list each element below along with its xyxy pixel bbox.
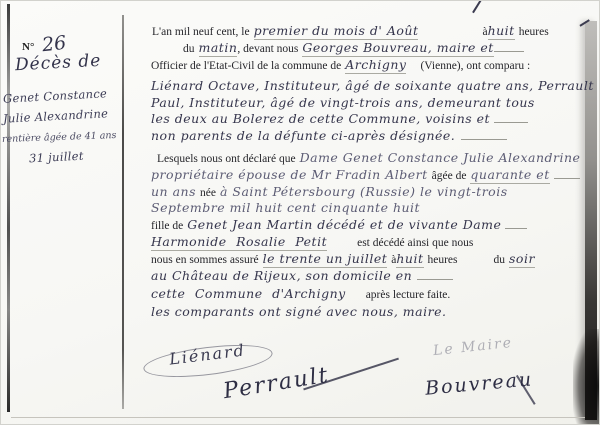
blank-fill-line (494, 113, 528, 123)
body-line-4: Liénard Octave, Instituteur, âgé de soix… (151, 78, 593, 93)
body-line-15: au Château de Rijeux, son domicile en (151, 268, 593, 283)
handwritten-entry: quarante et (470, 167, 549, 184)
body-line-3: Officier de l'Etat-Civil de la commune d… (151, 57, 593, 74)
margin-name-line1: Genet Constance (3, 86, 108, 105)
margin-separator-rule (122, 15, 124, 409)
act-number-row: N° 26 (22, 33, 67, 55)
handwritten-entry: Genet Jean Martin décédé et de vivante D… (187, 217, 501, 232)
form-text: nous en sommes assuré (151, 254, 259, 266)
form-text: heures (428, 254, 458, 266)
body-line-13: Harmonide Rosalie Petitest décédé ainsi … (151, 234, 593, 251)
page-bottom-edge (11, 417, 585, 418)
handwritten-entry: propriétaire épouse de Mr Fradin Albert (151, 167, 428, 182)
margin-date: 31 juillet (29, 149, 84, 166)
register-page-scan: N° 26 Décès de Genet Constance Julie Ale… (0, 0, 600, 425)
form-text: à (482, 26, 487, 38)
body-line-1: L'an mil neuf cent, le premier du mois d… (152, 23, 594, 40)
body-line-5: Paul, Instituteur, âgé de vingt-trois an… (151, 95, 593, 110)
handwritten-entry: Georges Bouvreau, maire et (302, 40, 493, 57)
handwritten-entry: à Saint Pétersbourg (Russie) le vingt-tr… (220, 184, 508, 199)
body-line-12: fille de Genet Jean Martin décédé et de … (151, 217, 593, 234)
margin-detail: rentière âgée de 41 ans (2, 130, 117, 145)
body-line-2: du matin, devant nous Georges Bouvreau, … (149, 40, 591, 57)
form-text: heures (519, 26, 549, 38)
body-line-16: cette Commune d'Archignyaprès lecture fa… (151, 286, 593, 303)
form-text: est décédé ainsi que nous (357, 237, 473, 249)
form-text: après lecture faite. (366, 289, 451, 301)
pen-caret-mark (472, 0, 482, 13)
handwritten-entry: les comparants ont signé avec nous, mair… (151, 304, 446, 319)
ink-blot-corner (573, 329, 599, 424)
form-text: L'an mil neuf cent, le (152, 26, 250, 38)
blank-fill-line (494, 42, 524, 52)
book-binding-edge (7, 4, 10, 412)
handwritten-entry: huit (396, 251, 423, 268)
form-text: (Vienne), ont comparu : (420, 60, 530, 72)
handwritten-entry: matin (199, 40, 238, 57)
form-text: née (200, 187, 216, 199)
act-number-label: N° (22, 41, 34, 53)
handwritten-entry: Liénard Octave, Instituteur, âgé de soix… (151, 78, 594, 93)
form-text: Officier de l'Etat-Civil de la commune d… (151, 60, 341, 72)
faint-mayor-note: Le Maire (432, 335, 513, 359)
margin-title: Décès de (15, 51, 102, 75)
handwritten-entry: premier du mois d' Août (254, 23, 419, 40)
handwritten-entry: un ans (151, 184, 196, 199)
body-line-10: un ans née à Saint Pétersbourg (Russie) … (151, 184, 593, 201)
body-line-7: non parents de la défunte ci-après désig… (151, 128, 593, 143)
form-text: âgée de (432, 170, 467, 182)
form-text: du (183, 43, 195, 55)
handwritten-entry: cette Commune d'Archigny (151, 286, 346, 301)
signature-mayor-bouvreau: Bouvreau (424, 368, 534, 399)
body-line-17: les comparants ont signé avec nous, mair… (151, 304, 593, 319)
handwritten-entry: le trente un juillet (263, 251, 388, 268)
body-line-6: les deux au Bolerez de cette Commune, vo… (151, 111, 593, 126)
form-text: , devant nous (237, 43, 298, 55)
handwritten-entry: soir (509, 251, 535, 268)
body-line-11: Septembre mil huit cent cinquante huit (151, 200, 593, 215)
form-text: fille de (151, 220, 183, 232)
handwritten-entry: huit (488, 23, 515, 40)
form-text: Lesquels nous ont déclaré que (157, 153, 296, 165)
blank-fill-line (505, 219, 527, 229)
body-line-9: propriétaire épouse de Mr Fradin Albert … (151, 167, 593, 184)
blank-fill-line (417, 270, 453, 280)
body-line-8: Lesquels nous ont déclaré que Dame Genet… (149, 150, 591, 167)
body-line-14: nous en sommes assuré le trente un juill… (151, 251, 593, 268)
handwritten-entry: Paul, Instituteur, âgé de vingt-trois an… (151, 95, 535, 110)
handwritten-entry: au Château de Rijeux, son domicile en (151, 268, 412, 283)
margin-name-line2: Julie Alexandrine (3, 106, 109, 125)
form-text: du (494, 254, 506, 266)
handwritten-entry: les deux au Bolerez de cette Commune, vo… (151, 111, 490, 126)
blank-fill-line (461, 130, 507, 140)
handwritten-entry: Dame Genet Constance Julie Alexandrine (300, 150, 581, 165)
blank-fill-line (554, 169, 580, 179)
handwritten-entry: Archigny (345, 57, 406, 74)
handwritten-entry: non parents de la défunte ci-après désig… (151, 128, 455, 143)
handwritten-entry: Septembre mil huit cent cinquante huit (151, 200, 420, 215)
handwritten-entry: Harmonide Rosalie Petit (151, 234, 327, 251)
